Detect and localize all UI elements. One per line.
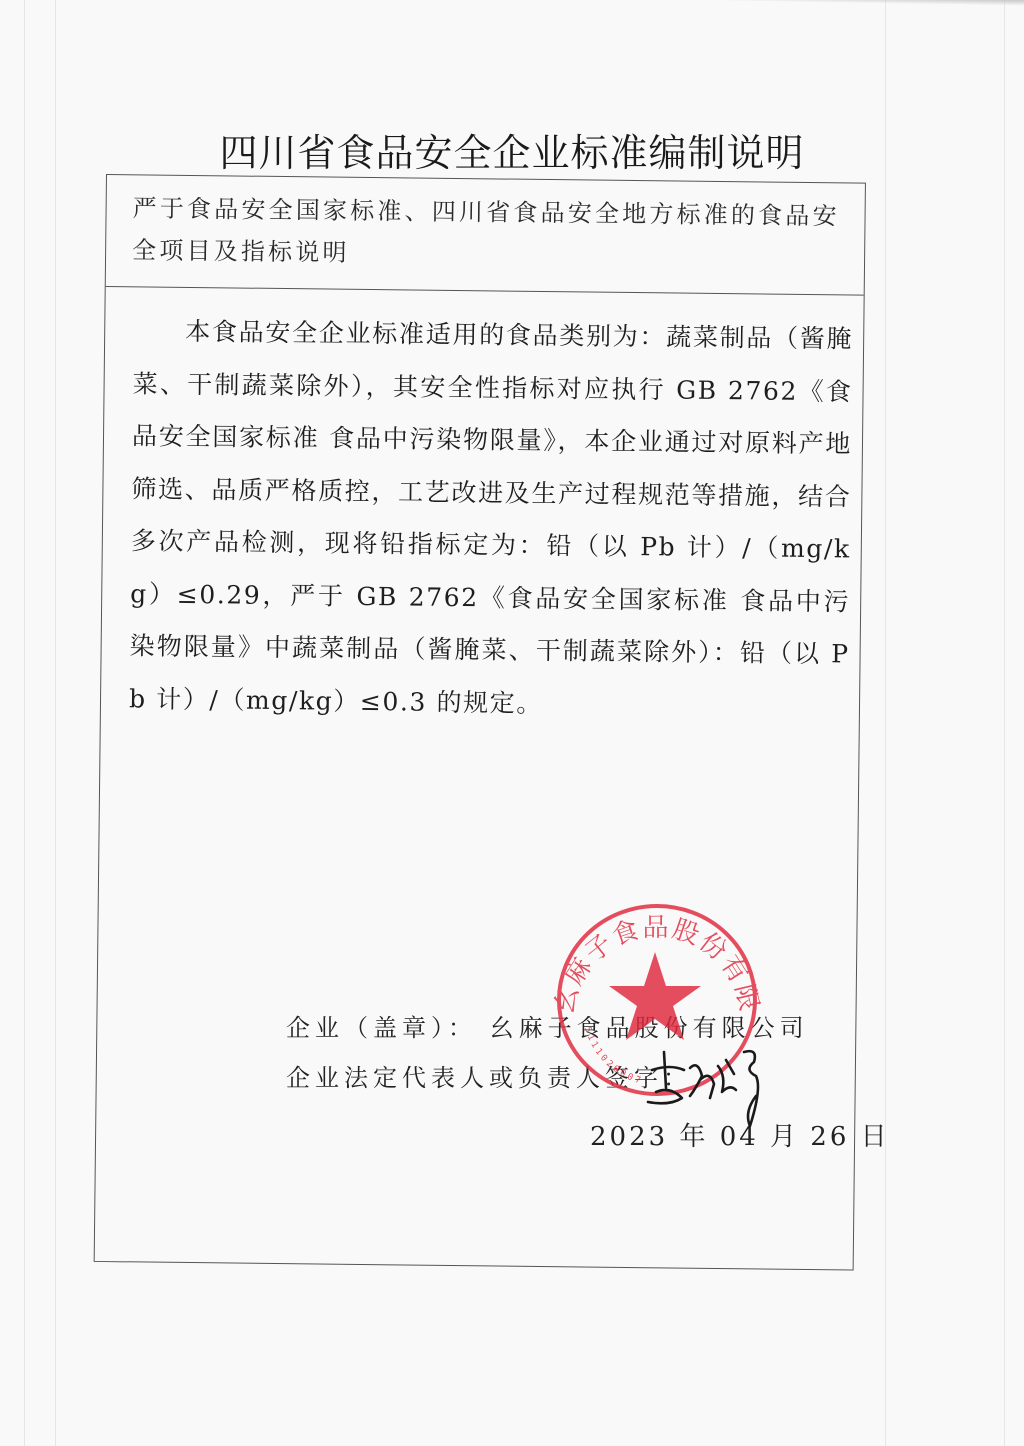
scan-artifact-line <box>55 0 56 1446</box>
scan-edge-shadow <box>724 0 1024 6</box>
table-body-cell: 本食品安全企业标准适用的食品类别为：蔬菜制品（酱腌菜、干制蔬菜除外），其安全性指… <box>95 287 864 1270</box>
explanation-paragraph: 本食品安全企业标准适用的食品类别为：蔬菜制品（酱腌菜、干制蔬菜除外），其安全性指… <box>129 305 854 733</box>
scan-artifact-line <box>885 0 886 1446</box>
scan-artifact-line <box>1004 0 1005 1446</box>
document-title: 四川省食品安全企业标准编制说明 <box>0 122 1024 177</box>
explanation-table: 严于食品安全国家标准、四川省食品安全地方标准的食品安全项目及指标说明 本食品安全… <box>94 174 866 1271</box>
table-header-cell: 严于食品安全国家标准、四川省食品安全地方标准的食品安全项目及指标说明 <box>106 175 865 296</box>
scan-artifact-line <box>24 0 25 1446</box>
